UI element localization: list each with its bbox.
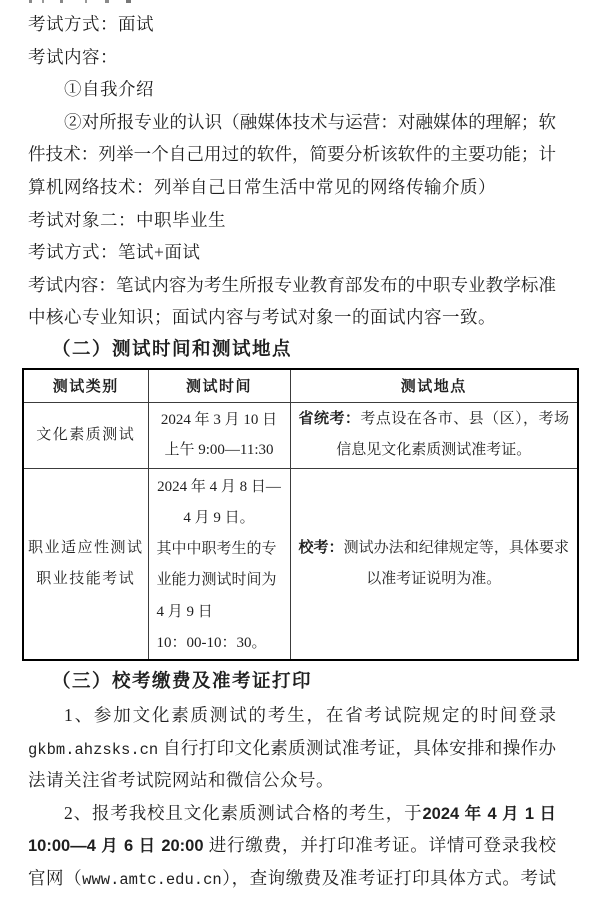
location-line-2: 信息见文化素质测试准考证。 bbox=[299, 435, 570, 466]
line-item-1-self-intro: ①自我介绍 bbox=[28, 73, 556, 106]
cell-location-vocational: 校考：测试办法和纪律规定等，具体要求 以准考证说明为准。 bbox=[290, 468, 578, 660]
print-ticket-url: gkbm.ahzsks.cn bbox=[28, 741, 158, 759]
payment-end-date: 10:00—4 月 6 日 20:00 bbox=[28, 837, 204, 855]
section-heading-test-time-place: （二）测试时间和测试地点 bbox=[28, 334, 556, 367]
test-schedule-table: 测试类别 测试时间 测试地点 文化素质测试 2024 年 3 月 10 日 上午… bbox=[22, 368, 579, 662]
cell-time-vocational: 2024 年 4 月 8 日— 4 月 9 日。 其中中职考生的专 业能力测试时… bbox=[148, 468, 290, 660]
payment-start-date: 2024 年 4 月 1 日 bbox=[422, 805, 556, 823]
section-heading-payment-print: （三）校考缴费及准考证打印 bbox=[28, 666, 556, 699]
line-exam-target-2: 考试对象二：中职毕业生 bbox=[28, 204, 556, 237]
line-item-2-major-2: 件技术：列举一个自己用过的软件，简要分析该软件的主要功能；计 bbox=[28, 138, 556, 171]
para1-line2: gkbm.ahzsks.cn 自行打印文化素质测试准考证，具体安排和操作办 bbox=[28, 732, 556, 765]
col-header-test-time: 测试时间 bbox=[148, 369, 290, 403]
para1-line3: 法请关注省考试院网站和微信公众号。 bbox=[28, 764, 556, 797]
cell-time-culture: 2024 年 3 月 10 日 上午 9:00—11:30 bbox=[148, 402, 290, 468]
time-detail: 其中中职考生的专 业能力测试时间为 4 月 9 日 10：00-10：30。 bbox=[157, 534, 282, 659]
line-exam-content-2a: 考试内容：笔试内容为考生所报专业教育部发布的中职专业教学标准 bbox=[28, 269, 556, 302]
line-exam-method-1: 考试方式：面试 bbox=[28, 8, 556, 41]
cell-category-culture: 文化素质测试 bbox=[23, 402, 148, 468]
para1-line2-rest: 自行打印文化素质测试准考证，具体安排和操作办 bbox=[158, 738, 556, 758]
col-header-test-category: 测试类别 bbox=[23, 369, 148, 403]
para2-line1-text: 2、报考我校且文化素质测试合格的考生，于 bbox=[64, 803, 422, 823]
line-item-2-major-1: ②对所报专业的认识（融媒体技术与运营：对融媒体的理解；软 bbox=[28, 106, 556, 139]
school-exam-label: 校考： bbox=[299, 540, 344, 556]
province-exam-label: 省统考： bbox=[299, 411, 361, 427]
location-line-1: 校考：测试办法和纪律规定等，具体要求 bbox=[299, 533, 570, 564]
para2-line3: 官网（www.amtc.edu.cn），查询缴费及准考证打印具体方式。考试 bbox=[28, 862, 556, 895]
line-item-2-major-3: 算机网络技术：列举自己日常生活中常见的网络传输介质） bbox=[28, 171, 556, 204]
school-website-url: www.amtc.edu.cn bbox=[82, 871, 222, 889]
time-range: 2024 年 4 月 8 日— 4 月 9 日。 bbox=[157, 472, 282, 535]
cell-category-vocational: 职业适应性测试 职业技能考试 bbox=[23, 468, 148, 660]
para2-line3-suffix: ），查询缴费及准考证打印具体方式。考试 bbox=[222, 868, 556, 888]
table-row-vocational-test: 职业适应性测试 职业技能考试 2024 年 4 月 8 日— 4 月 9 日。 … bbox=[23, 468, 578, 660]
clipped-text-remnant bbox=[29, 0, 144, 3]
line-exam-content-2b: 中核心专业知识；面试内容与考试对象一的面试内容一致。 bbox=[28, 301, 556, 334]
para2-line2-text: 进行缴费，并打印准考证。详情可登录我校 bbox=[204, 835, 556, 855]
para1-line1: 1、参加文化素质测试的考生，在省考试院规定的时间登录 bbox=[28, 699, 556, 732]
para2-line3-prefix: 官网（ bbox=[28, 868, 82, 888]
cell-location-culture: 省统考：考点设在各市、县（区），考场 信息见文化素质测试准考证。 bbox=[290, 402, 578, 468]
document-page: 考试方式：面试 考试内容： ①自我介绍 ②对所报专业的认识（融媒体技术与运营：对… bbox=[0, 0, 596, 916]
table-header-row: 测试类别 测试时间 测试地点 bbox=[23, 369, 578, 403]
para2-line2: 10:00—4 月 6 日 20:00 进行缴费，并打印准考证。详情可登录我校 bbox=[28, 829, 556, 862]
location-line-1: 省统考：考点设在各市、县（区），考场 bbox=[299, 404, 570, 435]
col-header-test-location: 测试地点 bbox=[290, 369, 578, 403]
school-exam-text: 测试办法和纪律规定等，具体要求 bbox=[344, 540, 569, 556]
province-exam-text: 考点设在各市、县（区），考场 bbox=[360, 411, 569, 427]
table-row-culture-test: 文化素质测试 2024 年 3 月 10 日 上午 9:00—11:30 省统考… bbox=[23, 402, 578, 468]
location-line-2: 以准考证说明为准。 bbox=[299, 564, 570, 595]
line-exam-method-2: 考试方式：笔试+面试 bbox=[28, 236, 556, 269]
para2-line1: 2、报考我校且文化素质测试合格的考生，于2024 年 4 月 1 日 bbox=[28, 797, 556, 830]
line-exam-content-label: 考试内容： bbox=[28, 41, 556, 74]
